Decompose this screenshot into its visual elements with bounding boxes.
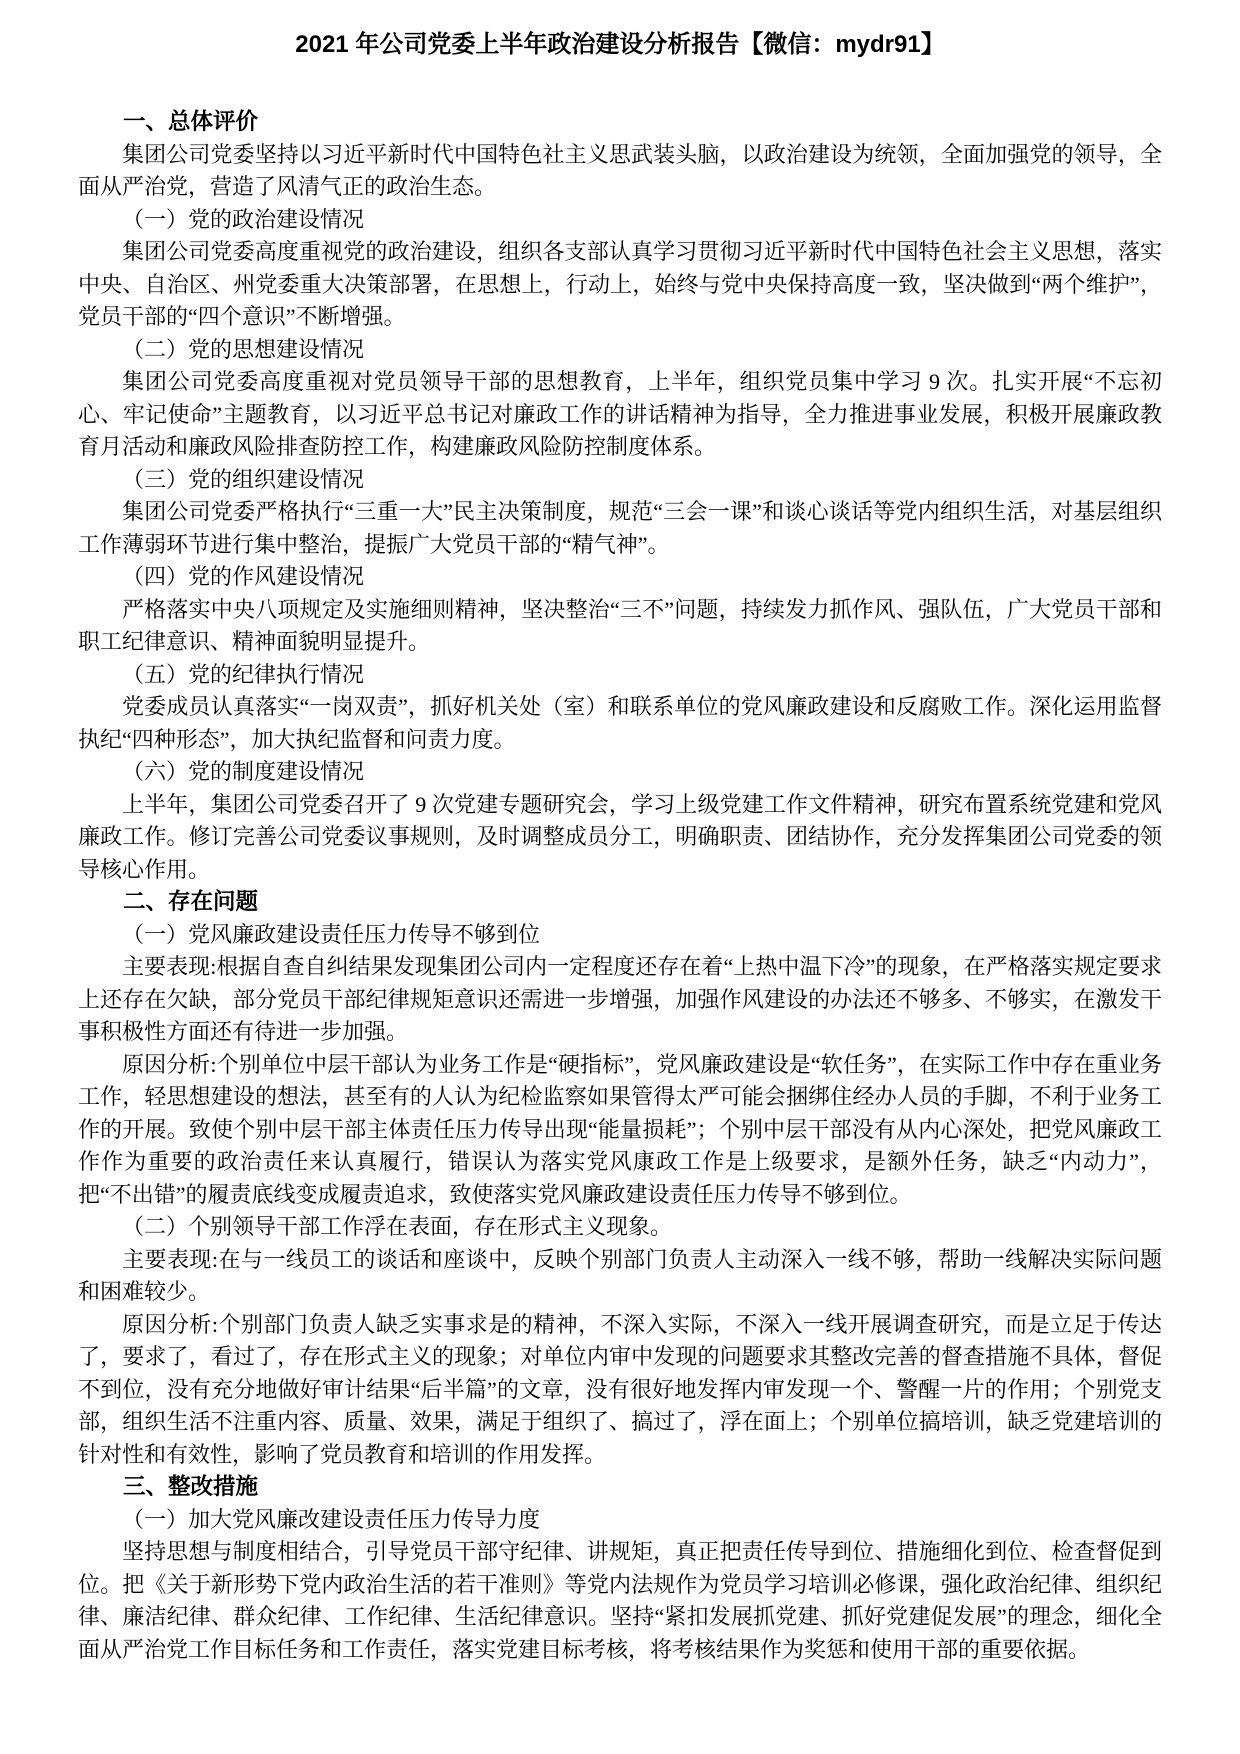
paragraph: 原因分析:个别单位中层干部认为业务工作是“硬指标”，党风廉政建设是“软任务”，在…	[78, 1049, 1162, 1212]
sub-heading-ideological-construction: （二）党的思想建设情况	[78, 334, 1162, 367]
paragraph: 集团公司党委高度重视党的政治建设，组织各支部认真学习贯彻习近平新时代中国特色社会…	[78, 236, 1162, 334]
paragraph: 原因分析:个别部门负责人缺乏实事求是的精神，不深入实际，不深入一线开展调查研究，…	[78, 1309, 1162, 1472]
paragraph: 严格落实中央八项规定及实施细则精神，坚决整治“三不”问题，持续发力抓作风、强队伍…	[78, 594, 1162, 659]
sub-heading-formalism-phenomenon: （二）个别领导干部工作浮在表面，存在形式主义现象。	[78, 1211, 1162, 1244]
paragraph: 集团公司党委严格执行“三重一大”民主决策制度，规范“三会一课”和谈心谈话等党内组…	[78, 496, 1162, 561]
section-heading-existing-problems: 二、存在问题	[78, 886, 1162, 919]
sub-heading-workstyle-construction: （四）党的作风建设情况	[78, 561, 1162, 594]
paragraph: 集团公司党委坚持以习近平新时代中国特色社主义思武装头脑，以政治建设为统领，全面加…	[78, 139, 1162, 204]
section-heading-rectification-measures: 三、整改措施	[78, 1471, 1162, 1504]
section-heading-overall-evaluation: 一、总体评价	[78, 106, 1162, 139]
sub-heading-discipline-enforcement: （五）党的纪律执行情况	[78, 659, 1162, 692]
paragraph: 主要表现:在与一线员工的谈话和座谈中，反映个别部门负责人主动深入一线不够，帮助一…	[78, 1244, 1162, 1309]
sub-heading-responsibility-transmission: （一）党风廉政建设责任压力传导不够到位	[78, 919, 1162, 952]
paragraph: 上半年，集团公司党委召开了 9 次党建专题研究会，学习上级党建工作文件精神，研究…	[78, 789, 1162, 887]
paragraph: 主要表现:根据自查自纠结果发现集团公司内一定程度还存在着“上热中温下冷”的现象，…	[78, 951, 1162, 1049]
sub-heading-organizational-construction: （三）党的组织建设情况	[78, 464, 1162, 497]
document-title: 2021 年公司党委上半年政治建设分析报告【微信：mydr91】	[78, 28, 1162, 62]
sub-heading-system-construction: （六）党的制度建设情况	[78, 756, 1162, 789]
paragraph: 坚持思想与制度相结合，引导党员干部守纪律、讲规矩，真正把责任传导到位、措施细化到…	[78, 1536, 1162, 1666]
paragraph: 集团公司党委高度重视对党员领导干部的思想教育，上半年，组织党员集中学习 9 次。…	[78, 366, 1162, 464]
document-page: 2021 年公司党委上半年政治建设分析报告【微信：mydr91】 一、总体评价 …	[0, 0, 1240, 1754]
sub-heading-political-construction: （一）党的政治建设情况	[78, 204, 1162, 237]
paragraph: 党委成员认真落实“一岗双责”，抓好机关处（室）和联系单位的党风廉政建设和反腐败工…	[78, 691, 1162, 756]
sub-heading-increase-transmission-strength: （一）加大党风廉改建设责任压力传导力度	[78, 1504, 1162, 1537]
